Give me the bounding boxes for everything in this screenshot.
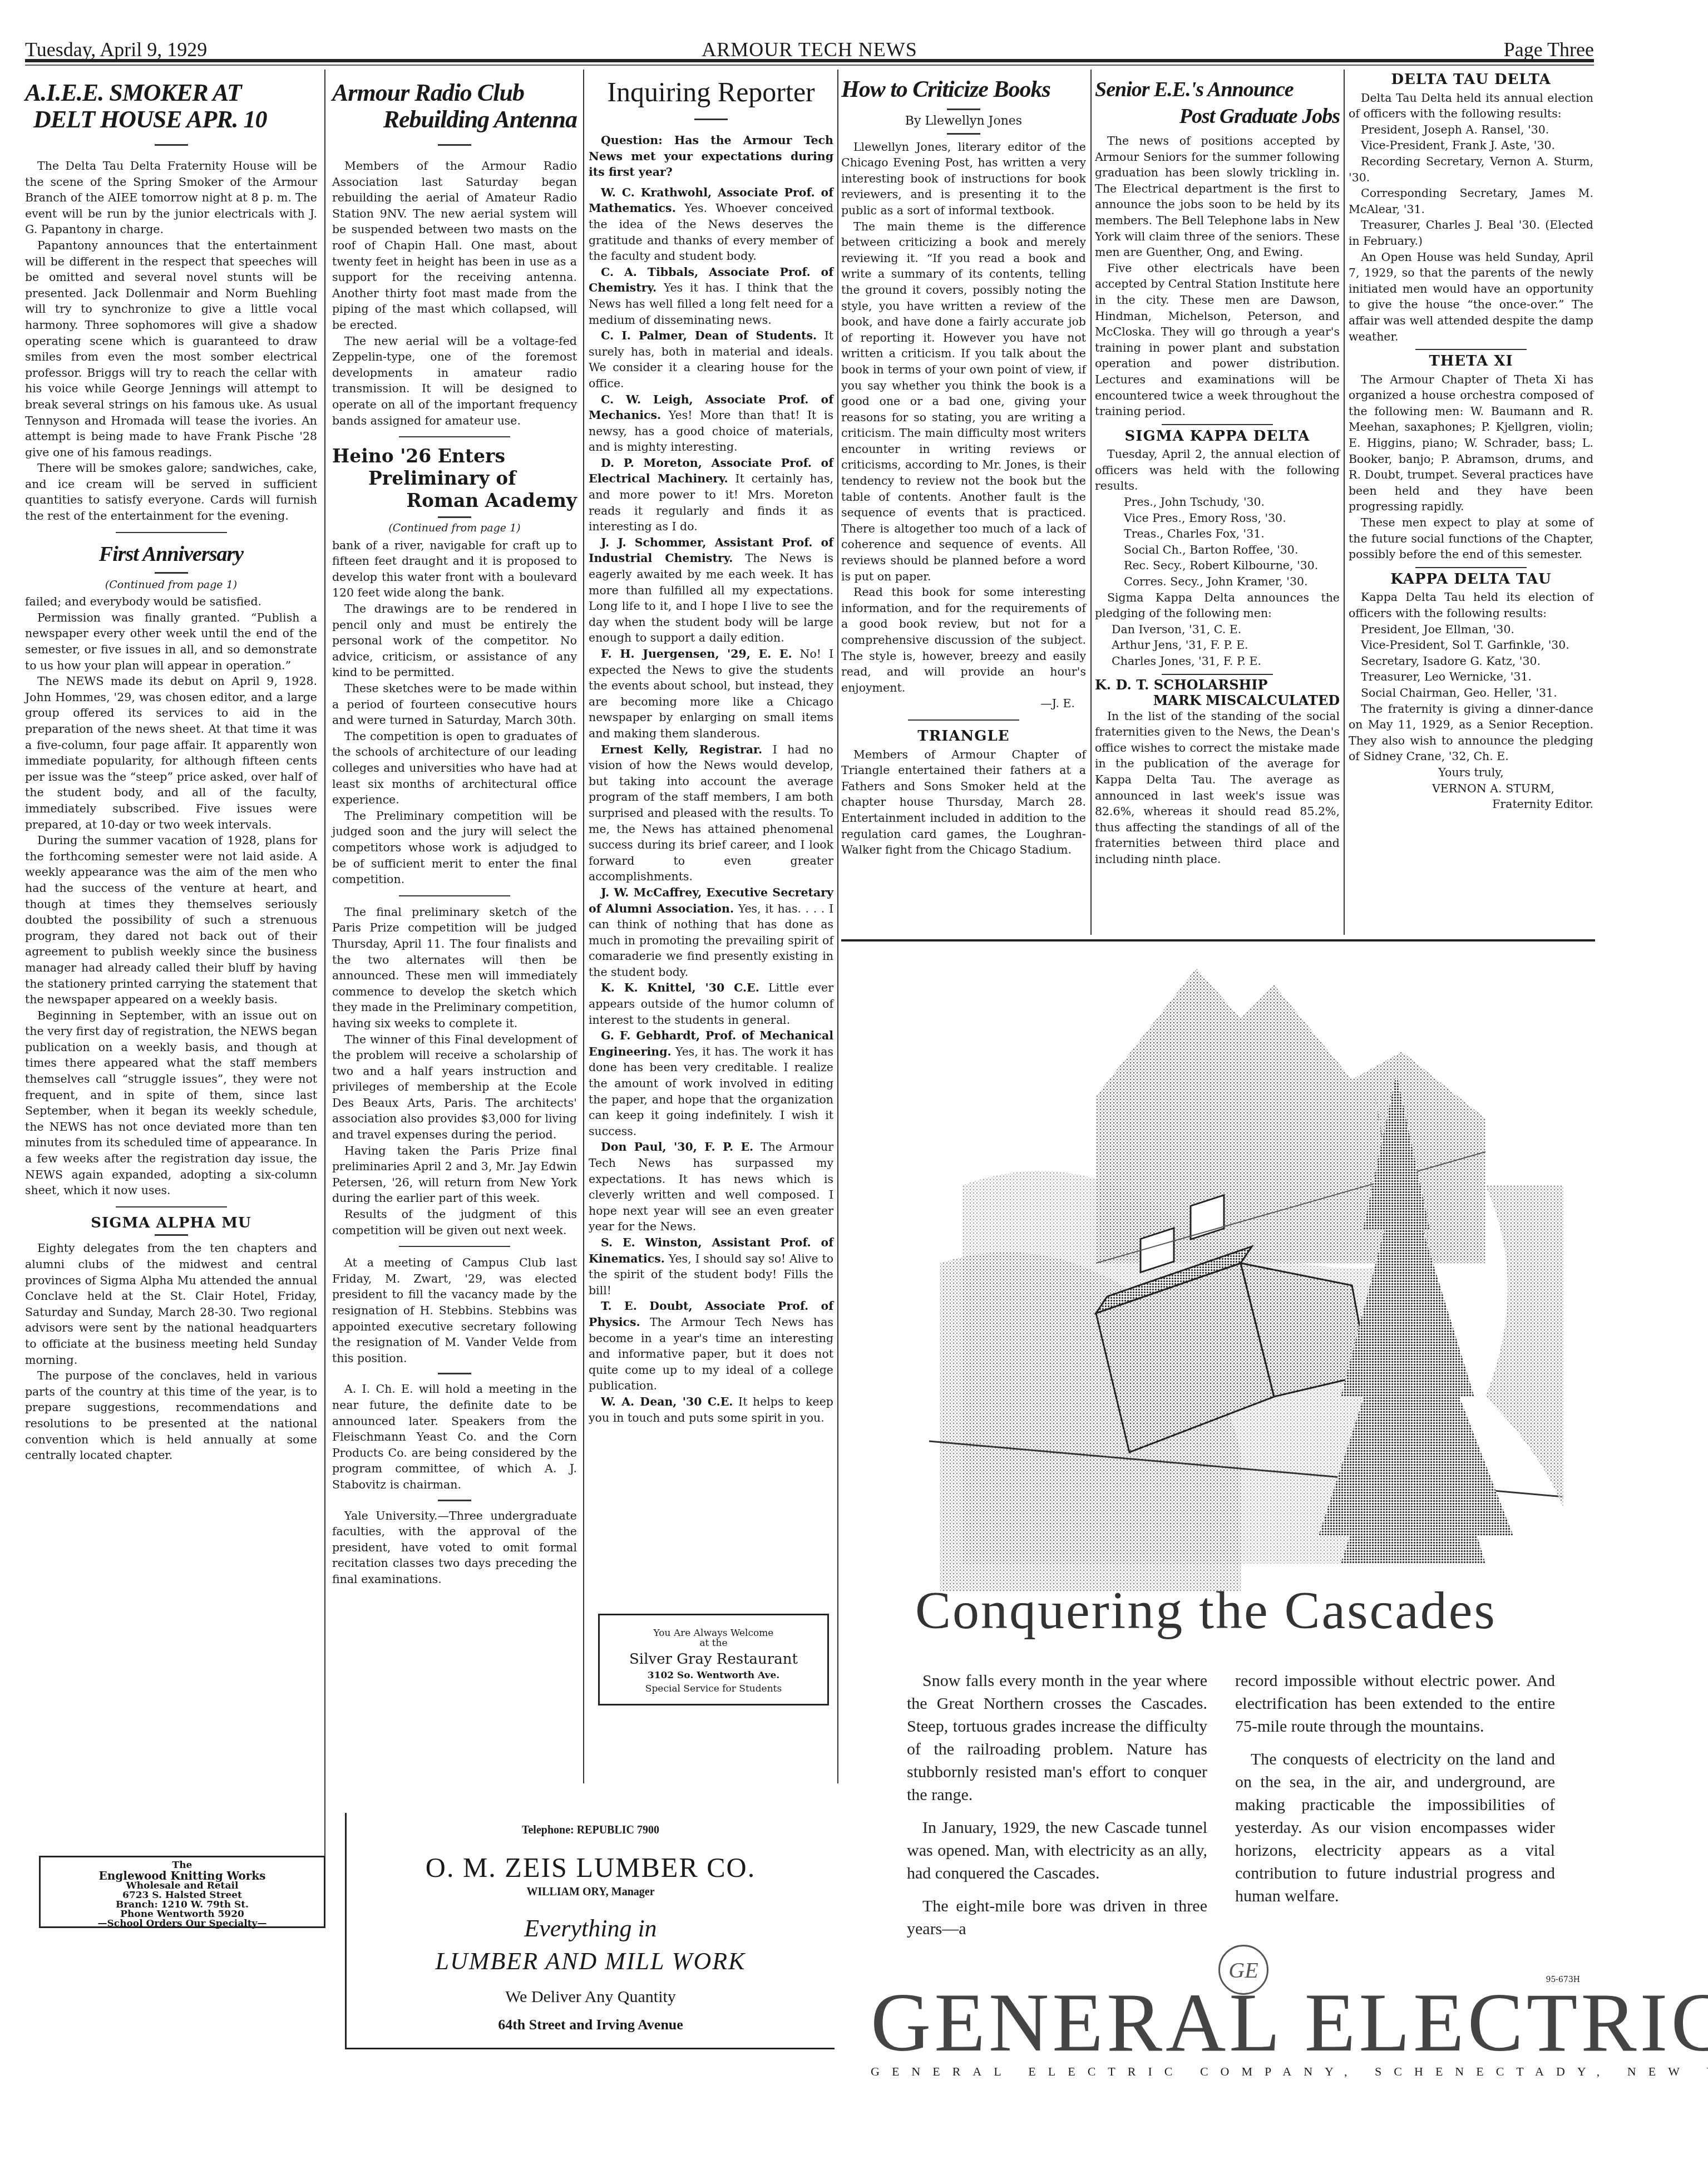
- divider: [1162, 674, 1273, 675]
- englewood-knitting-ad: The Englewood Knitting Works Wholesale a…: [39, 1856, 325, 1928]
- article-paragraph: The news of positions accepted by Armour…: [1095, 133, 1340, 260]
- officer-line: Vice-President, Frank J. Aste, '30.: [1349, 137, 1593, 154]
- officer-line: Social Chairman, Geo. Heller, '31.: [1349, 685, 1593, 701]
- masthead-rule-thin: [25, 65, 1594, 66]
- divider: [399, 436, 510, 437]
- article-headline: Inquiring Reporter: [589, 76, 833, 107]
- silver-gray-restaurant-ad: You Are Always Welcome at the Silver Gra…: [598, 1614, 829, 1705]
- article-paragraph: The new aerial will be a voltage-fed Zep…: [332, 333, 577, 429]
- byline: By Llewellyn Jones: [841, 114, 1086, 130]
- column-3: Inquiring Reporter Question: Has the Arm…: [589, 70, 833, 1426]
- article-headline: THETA XI: [1349, 353, 1593, 369]
- reporter-answer: G. F. Gebhardt, Prof. of Mechanical Engi…: [589, 1028, 833, 1139]
- article-paragraph: In the list of the standing of the socia…: [1095, 708, 1340, 867]
- divider: [116, 1206, 227, 1207]
- ge-brand-logo: GENERAL ELECTRIC: [871, 1981, 1588, 2064]
- ad-body-right: record impossible without electric power…: [1235, 1669, 1555, 1917]
- reporter-answer: S. E. Winston, Assistant Prof. of Kinema…: [589, 1235, 833, 1298]
- article-paragraph: The Preliminary competition will be judg…: [332, 808, 577, 888]
- article-paragraph: These men expect to play at some of the …: [1349, 515, 1593, 563]
- officer-line: Treasurer, Leo Wernicke, '31.: [1349, 669, 1593, 685]
- divider: [116, 532, 227, 533]
- article-paragraph: The winner of this Final development of …: [332, 1032, 577, 1143]
- column-divider: [324, 70, 325, 1856]
- divider: [1415, 567, 1527, 568]
- article-paragraph: Members of the Armour Radio Association …: [332, 158, 577, 333]
- article-paragraph: bank of a river, navigable for craft up …: [332, 538, 577, 601]
- divider: [155, 1234, 188, 1236]
- article-paragraph: Delta Tau Delta held its annual election…: [1349, 90, 1593, 122]
- column-divider: [837, 70, 838, 1783]
- reporter-answer: C. W. Leigh, Associate Prof. of Mechanic…: [589, 392, 833, 455]
- aiche-item: A. I. Ch. E. will hold a meeting in the …: [332, 1381, 577, 1492]
- campus-club-item: At a meeting of Campus Club last Friday,…: [332, 1255, 577, 1366]
- reporter-answer: J. J. Schommer, Assistant Prof. of Indus…: [589, 535, 833, 646]
- article-headline: Senior E.E.'s Announce Post Graduate Job…: [1095, 76, 1340, 130]
- divider: [1415, 349, 1527, 350]
- divider: [438, 516, 471, 518]
- zeis-lumber-ad: Telephone: REPUBLIC 7900 O. M. ZEIS LUMB…: [345, 1813, 835, 2049]
- reporter-question: Question: Has the Armour Tech News met y…: [589, 132, 833, 180]
- column-divider: [1090, 70, 1092, 935]
- reporter-answer: W. A. Dean, '30 C.E. It helps to keep yo…: [589, 1394, 833, 1426]
- column-2: Armour Radio Club Rebuilding Antenna Mem…: [332, 70, 577, 1588]
- ad-headline: Conquering the Cascades: [915, 1579, 1561, 1641]
- officer-line: Corresponding Secretary, James M. McAlea…: [1349, 185, 1593, 217]
- article-headline: First Anniversary: [25, 541, 317, 568]
- article-paragraph: The drawings are to be rendered in penci…: [332, 601, 577, 681]
- officer-line: Recording Secretary, Vernon A. Sturm, '3…: [1349, 154, 1593, 185]
- page-number: Page Three: [1504, 38, 1594, 61]
- reporter-answers: W. C. Krathwohl, Associate Prof. of Math…: [589, 185, 833, 1426]
- signer-title: Fraternity Editor.: [1349, 796, 1593, 812]
- article-headline: TRIANGLE: [841, 728, 1086, 745]
- signoff: Yours truly,: [1349, 765, 1593, 781]
- article-headline: K. D. T. SCHOLARSHIP MARK MISCALCULATED: [1095, 677, 1340, 708]
- reporter-answer: Ernest Kelly, Registrar. I had no vision…: [589, 742, 833, 885]
- divider: [438, 1373, 471, 1374]
- column-divider: [1344, 70, 1345, 935]
- article-headline: How to Criticize Books: [841, 76, 1086, 103]
- divider: [399, 1246, 510, 1247]
- signature: —J. E.: [841, 696, 1086, 712]
- article-paragraph: Eighty delegates from the ten chapters a…: [25, 1240, 317, 1368]
- newspaper-title: ARMOUR TECH NEWS: [25, 38, 1594, 61]
- article-paragraph: failed; and everybody would be satisfied…: [25, 594, 317, 610]
- article-paragraph: During the summer vacation of 1928, plan…: [25, 832, 317, 1008]
- reporter-answer: K. K. Knittel, '30 C.E. Little ever appe…: [589, 980, 833, 1028]
- pledge-list: Dan Iverson, '31, C. E. Arthur Jens, '31…: [1095, 622, 1340, 669]
- divider: [438, 144, 471, 146]
- article-headline: Armour Radio Club Rebuilding Antenna: [332, 80, 577, 133]
- reporter-answer: C. A. Tibbals, Associate Prof. of Chemis…: [589, 264, 833, 328]
- article-paragraph: Permission was finally granted. “Publish…: [25, 610, 317, 673]
- article-paragraph: Five other electricals have been accepte…: [1095, 260, 1340, 420]
- mountain-train-illustration: [929, 952, 1563, 1597]
- article-paragraph: Sigma Kappa Delta announces the pledging…: [1095, 590, 1340, 622]
- article-paragraph: The final preliminary sketch of the Pari…: [332, 904, 577, 1032]
- article-headline: SIGMA KAPPA DELTA: [1095, 428, 1340, 445]
- article-headline: KAPPA DELTA TAU: [1349, 571, 1593, 588]
- article-headline: SIGMA ALPHA MU: [25, 1215, 317, 1231]
- article-paragraph: Beginning in September, with an issue ou…: [25, 1008, 317, 1199]
- officer-line: President, Joe Ellman, '30.: [1349, 622, 1593, 638]
- article-paragraph: Read this book for some interesting info…: [841, 584, 1086, 696]
- column-1: A.I.E.E. SMOKER AT DELT HOUSE APR. 10 Th…: [25, 70, 317, 1463]
- officer-line: Vice-President, Sol T. Garfinkle, '30.: [1349, 637, 1593, 653]
- column-6: DELTA TAU DELTA Delta Tau Delta held its…: [1349, 70, 1593, 812]
- divider: [399, 895, 510, 896]
- divider: [155, 144, 188, 146]
- article-headline: A.I.E.E. SMOKER AT DELT HOUSE APR. 10: [25, 80, 317, 133]
- signer: VERNON A. STURM,: [1349, 781, 1593, 797]
- article-paragraph: The main theme is the difference between…: [841, 219, 1086, 585]
- masthead-rule: [25, 59, 1594, 62]
- column-4: How to Criticize Books By Llewellyn Jone…: [841, 70, 1086, 858]
- article-paragraph: Members of Armour Chapter of Triangle en…: [841, 747, 1086, 858]
- yale-item: Yale University.—Three undergraduate fac…: [332, 1508, 577, 1588]
- officer-list: Pres., John Tschudy, '30. Vice Pres., Em…: [1095, 494, 1340, 590]
- article-headline: Heino '26 Enters Preliminary of Roman Ac…: [332, 445, 577, 512]
- article-paragraph: These sketches were to be made within a …: [332, 681, 577, 728]
- article-paragraph: Results of the judgment of this competit…: [332, 1206, 577, 1238]
- article-paragraph: Kappa Delta Tau held its election of off…: [1349, 589, 1593, 621]
- article-paragraph: Papantony announces that the entertainme…: [25, 238, 317, 460]
- reporter-answer: F. H. Juergensen, '29, E. E. No! I expec…: [589, 646, 833, 742]
- general-electric-ad: Conquering the Cascades Snow falls every…: [857, 940, 1591, 2137]
- divider: [908, 719, 1019, 721]
- divider: [1162, 424, 1273, 425]
- article-paragraph: The fraternity is giving a dinner-dance …: [1349, 701, 1593, 765]
- divider: [947, 109, 980, 110]
- reporter-answer: J. W. McCaffrey, Executive Secretary of …: [589, 885, 833, 980]
- divider: [694, 119, 728, 120]
- article-paragraph: The purpose of the conclaves, held in va…: [25, 1368, 317, 1463]
- divider: [438, 1500, 471, 1501]
- article-paragraph: Having taken the Paris Prize final preli…: [332, 1143, 577, 1206]
- ge-company-line: GENERAL ELECTRIC COMPANY, SCHENECTADY, N…: [871, 2064, 1588, 2079]
- article-paragraph: The Armour Chapter of Theta Xi has organ…: [1349, 372, 1593, 515]
- officer-line: Secretary, Isadore G. Katz, '30.: [1349, 653, 1593, 669]
- article-headline: DELTA TAU DELTA: [1349, 72, 1593, 88]
- reporter-answer: W. C. Krathwohl, Associate Prof. of Math…: [589, 185, 833, 264]
- reporter-answer: Don Paul, '30, F. P. E. The Armour Tech …: [589, 1139, 833, 1235]
- column-divider: [583, 70, 584, 1783]
- officer-line: Treasurer, Charles J. Beal '30. (Elected…: [1349, 217, 1593, 249]
- article-paragraph: The NEWS made its debut on April 9, 1928…: [25, 673, 317, 832]
- column-5: Senior E.E.'s Announce Post Graduate Job…: [1095, 70, 1340, 867]
- article-paragraph: An Open House was held Sunday, April 7, …: [1349, 249, 1593, 345]
- reporter-answer: C. I. Palmer, Dean of Students. It surel…: [589, 328, 833, 391]
- article-paragraph: There will be smokes galore; sandwiches,…: [25, 460, 317, 524]
- officer-line: President, Joseph A. Ransel, '30.: [1349, 122, 1593, 138]
- reporter-answer: D. P. Moreton, Associate Prof. of Electr…: [589, 455, 833, 535]
- divider: [947, 133, 980, 135]
- continued-note: (Continued from page 1): [332, 520, 577, 536]
- article-paragraph: Tuesday, April 2, the annual election of…: [1095, 446, 1340, 494]
- divider: [155, 572, 188, 574]
- article-paragraph: The Delta Tau Delta Fraternity House wil…: [25, 158, 317, 238]
- reporter-answer: T. E. Doubt, Associate Prof. of Physics.…: [589, 1298, 833, 1394]
- continued-note: (Continued from page 1): [25, 577, 317, 593]
- article-paragraph: The competition is open to graduates of …: [332, 728, 577, 808]
- article-paragraph: Llewellyn Jones, literary editor of the …: [841, 139, 1086, 219]
- ad-body-left: Snow falls every month in the year where…: [907, 1669, 1207, 1950]
